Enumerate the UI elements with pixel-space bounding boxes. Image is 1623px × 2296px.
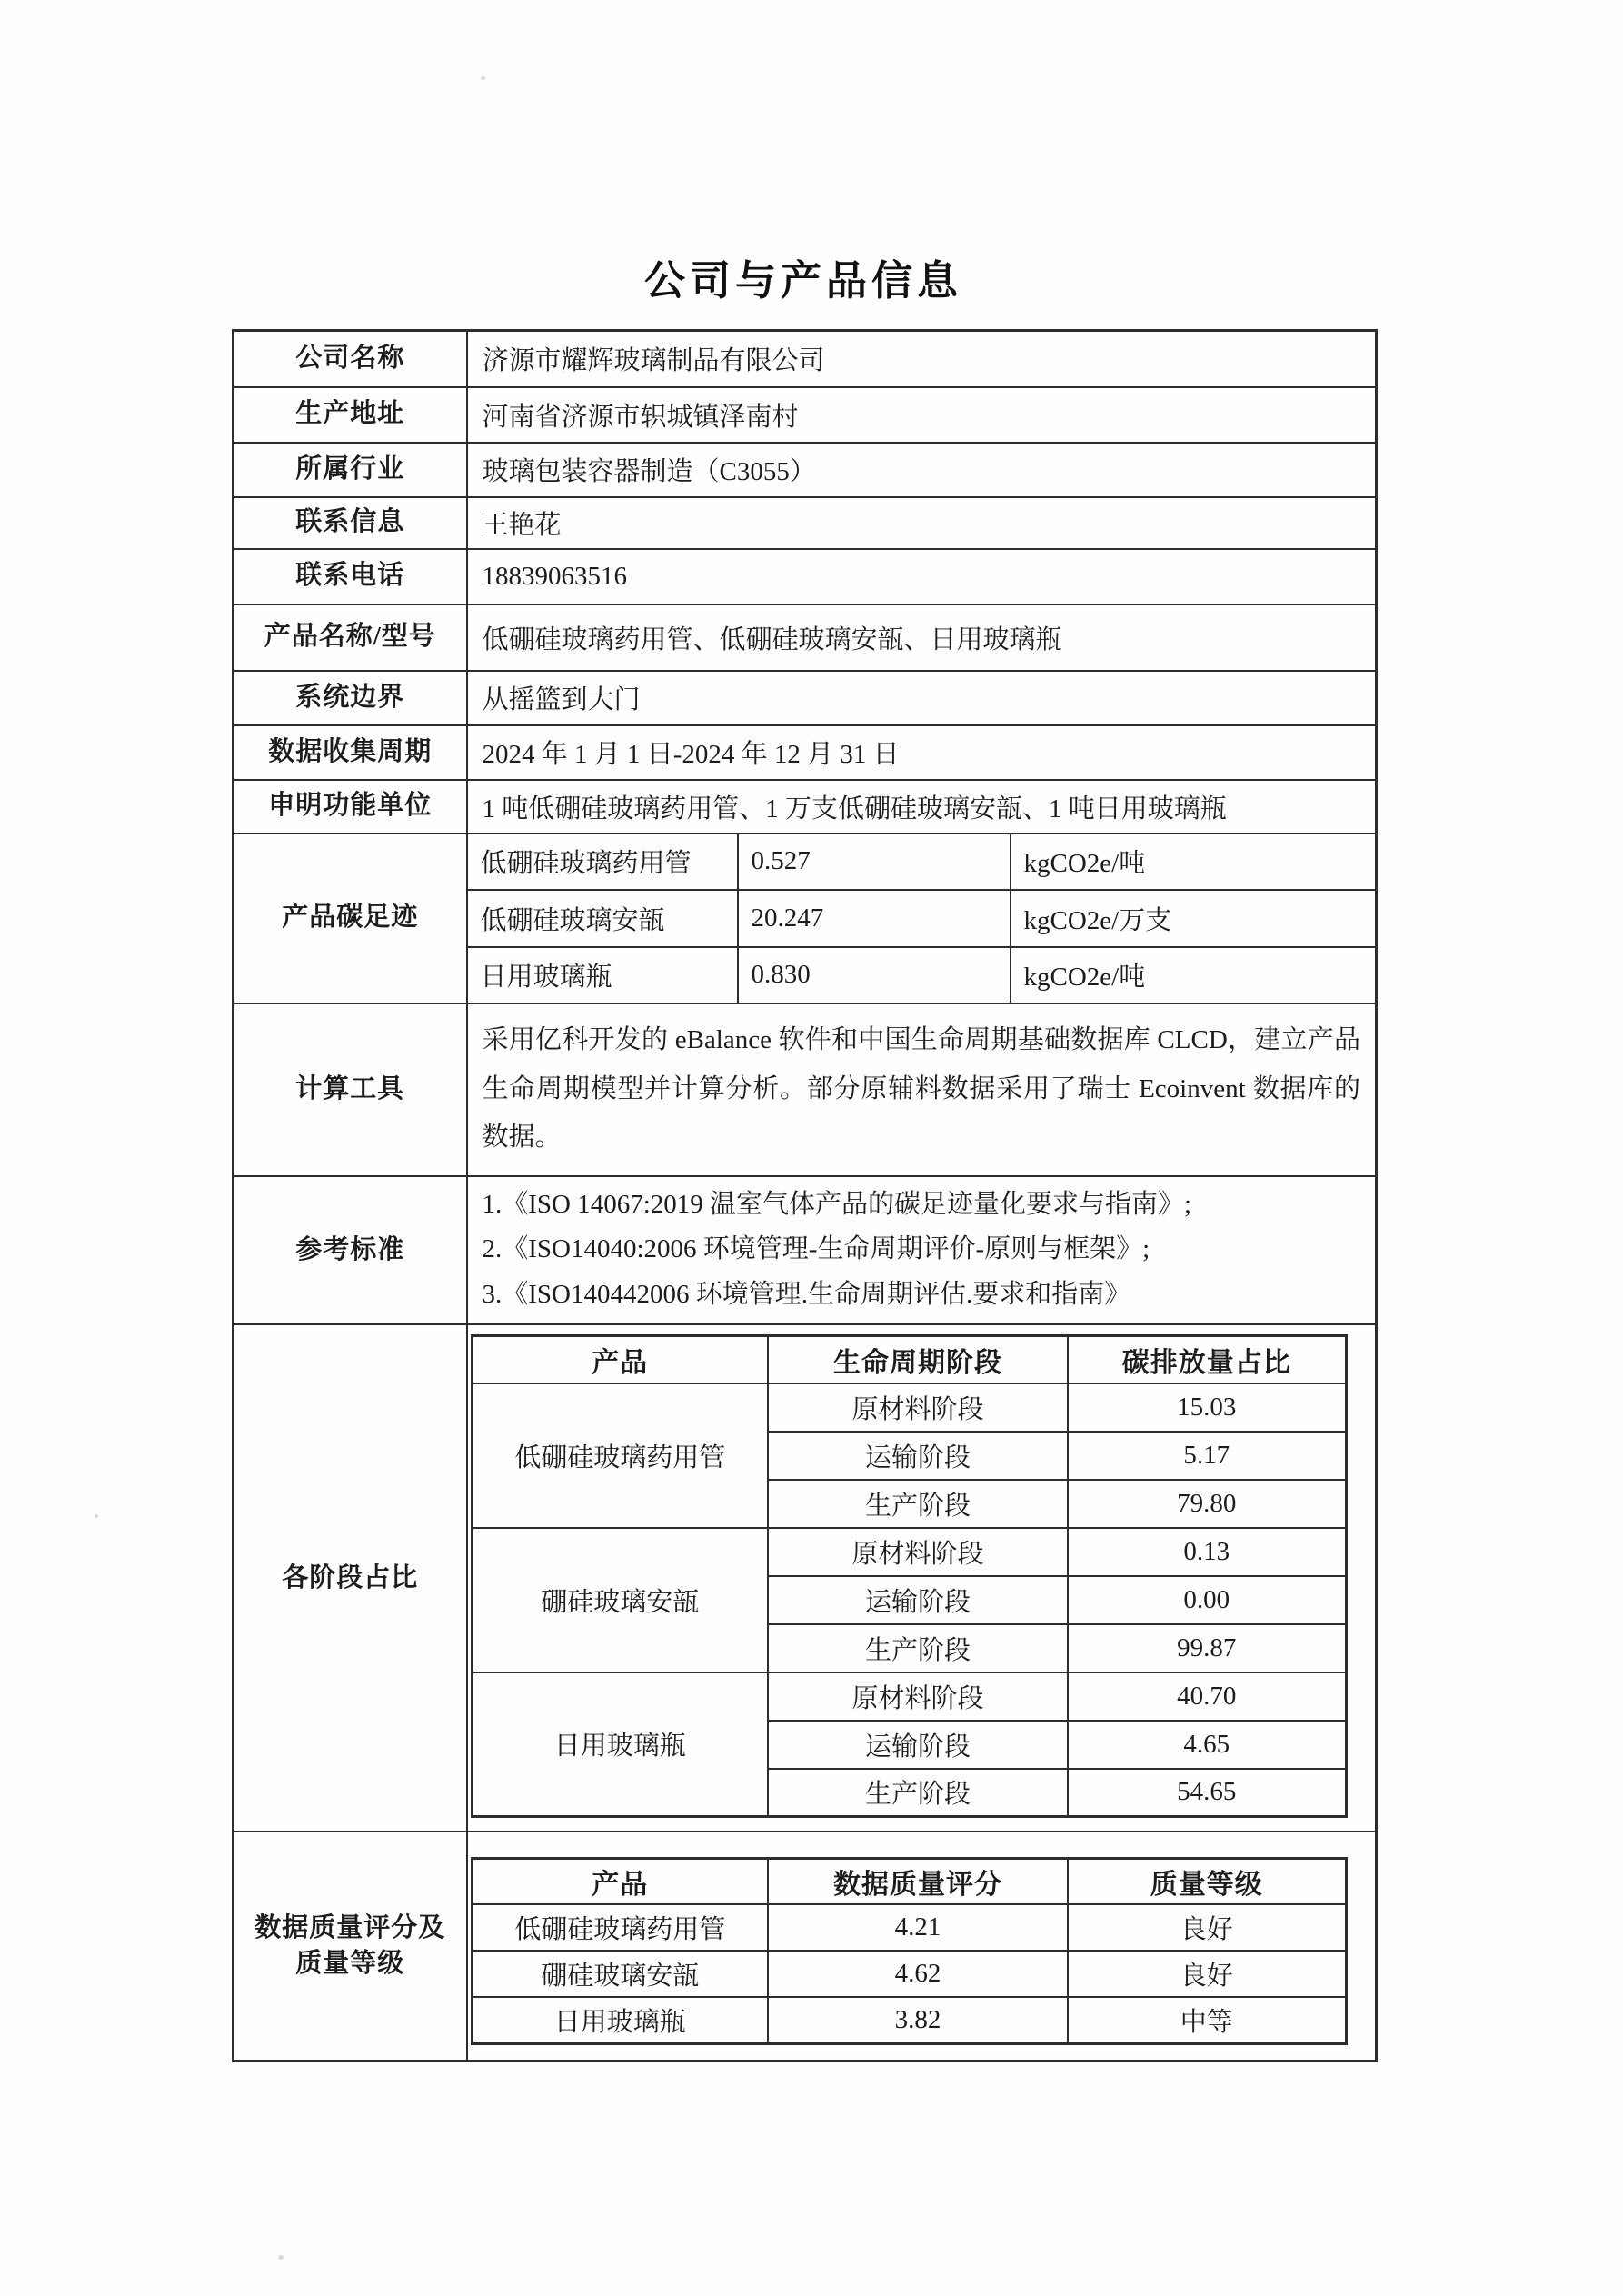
- row-label: 参考标准: [234, 1176, 467, 1325]
- quality-grade: 良好: [1068, 1951, 1346, 1997]
- quality-header-grade: 质量等级: [1068, 1859, 1346, 1905]
- row-value: 河南省济源市轵城镇泽南村: [467, 387, 1377, 443]
- calculation-tool-row: 计算工具 采用亿科开发的 eBalance 软件和中国生命周期基础数据库 CLC…: [234, 1003, 1377, 1176]
- stage-name: 原材料阶段: [768, 1672, 1068, 1721]
- stage-share: 79.80: [1068, 1480, 1346, 1528]
- row-label: 数据收集周期: [234, 725, 467, 780]
- stage-name: 生产阶段: [768, 1769, 1068, 1817]
- reference-standards-row: 参考标准 1.《ISO 14067:2019 温室气体产品的碳足迹量化要求与指南…: [234, 1176, 1377, 1325]
- reference-standards-list: 1.《ISO 14067:2019 温室气体产品的碳足迹量化要求与指南》; 2.…: [467, 1176, 1377, 1325]
- stage-product: 低硼硅玻璃药用管: [472, 1383, 768, 1528]
- stage-share: 99.87: [1068, 1624, 1346, 1672]
- quality-grade: 良好: [1068, 1904, 1346, 1951]
- row-label: 所属行业: [234, 443, 467, 497]
- carbon-unit: kgCO2e/吨: [1011, 947, 1377, 1003]
- stage-name: 生产阶段: [768, 1624, 1068, 1672]
- info-row-production-address: 生产地址 河南省济源市轵城镇泽南村: [234, 387, 1377, 443]
- data-quality-cell: 产品 数据质量评分 质量等级 低硼硅玻璃药用管 4.21 良好 硼硅玻璃安瓿: [467, 1832, 1377, 2061]
- stage-product: 日用玻璃瓶: [472, 1672, 768, 1817]
- standard-item: 3.《ISO140442006 环境管理.生命周期评估.要求和指南》: [483, 1273, 1363, 1318]
- calculation-tool-text: 采用亿科开发的 eBalance 软件和中国生命周期基础数据库 CLCD，建立产…: [467, 1003, 1377, 1176]
- standard-item: 2.《ISO14040:2006 环境管理-生命周期评价-原则与框架》;: [483, 1227, 1363, 1273]
- quality-row: 日用玻璃瓶 3.82 中等: [472, 1997, 1346, 2043]
- carbon-unit: kgCO2e/吨: [1011, 834, 1377, 890]
- data-quality-label: 数据质量评分及质量等级: [234, 1832, 467, 2061]
- stage-product: 硼硅玻璃安瓿: [472, 1528, 768, 1672]
- row-label: 产品名称/型号: [234, 604, 467, 671]
- quality-header-row: 产品 数据质量评分 质量等级: [472, 1859, 1346, 1905]
- scan-speck: [481, 76, 485, 80]
- row-label: 系统边界: [234, 671, 467, 725]
- document-page: 公司与产品信息 公司名称 济源市耀辉玻璃制品有限公司 生产地址 河南省济源市轵城…: [0, 0, 1623, 2296]
- info-row-product-names: 产品名称/型号 低硼硅玻璃药用管、低硼硅玻璃安瓿、日用玻璃瓶: [234, 604, 1377, 671]
- quality-score: 4.62: [768, 1951, 1068, 1997]
- stage-share: 40.70: [1068, 1672, 1346, 1721]
- quality-product: 硼硅玻璃安瓿: [472, 1951, 768, 1997]
- info-row-contact-phone: 联系电话 18839063516: [234, 549, 1377, 604]
- data-quality-table: 产品 数据质量评分 质量等级 低硼硅玻璃药用管 4.21 良好 硼硅玻璃安瓿: [471, 1857, 1348, 2045]
- scan-speck: [95, 1514, 98, 1518]
- row-value: 从摇篮到大门: [467, 671, 1377, 725]
- carbon-product: 低硼硅玻璃药用管: [467, 834, 738, 890]
- quality-score: 3.82: [768, 1997, 1068, 2043]
- stage-name: 运输阶段: [768, 1576, 1068, 1624]
- quality-score: 4.21: [768, 1904, 1068, 1951]
- stage-name: 原材料阶段: [768, 1383, 1068, 1432]
- stage-breakdown-label: 各阶段占比: [234, 1324, 467, 1832]
- info-row-data-period: 数据收集周期 2024 年 1 月 1 日-2024 年 12 月 31 日: [234, 725, 1377, 780]
- row-label: 计算工具: [234, 1003, 467, 1176]
- stage-header-share: 碳排放量占比: [1068, 1336, 1346, 1383]
- row-label: 生产地址: [234, 387, 467, 443]
- carbon-product: 日用玻璃瓶: [467, 947, 738, 1003]
- info-row-functional-unit: 申明功能单位 1 吨低硼硅玻璃药用管、1 万支低硼硅玻璃安瓿、1 吨日用玻璃瓶: [234, 780, 1377, 834]
- carbon-footprint-label: 产品碳足迹: [234, 834, 467, 1003]
- stage-header-row: 产品 生命周期阶段 碳排放量占比: [472, 1336, 1346, 1383]
- stage-row: 低硼硅玻璃药用管 原材料阶段 15.03: [472, 1383, 1346, 1432]
- company-product-info-table: 公司名称 济源市耀辉玻璃制品有限公司 生产地址 河南省济源市轵城镇泽南村 所属行…: [232, 329, 1378, 2062]
- quality-product: 低硼硅玻璃药用管: [472, 1904, 768, 1951]
- stage-share: 0.13: [1068, 1528, 1346, 1576]
- stage-name: 运输阶段: [768, 1432, 1068, 1480]
- stage-name: 运输阶段: [768, 1721, 1068, 1769]
- stage-breakdown-cell: 产品 生命周期阶段 碳排放量占比 低硼硅玻璃药用管 原材料阶段 15.03 运输…: [467, 1324, 1377, 1832]
- carbon-value: 0.830: [738, 947, 1011, 1003]
- stage-row: 硼硅玻璃安瓿 原材料阶段 0.13: [472, 1528, 1346, 1576]
- row-value: 济源市耀辉玻璃制品有限公司: [467, 331, 1377, 387]
- stage-share: 0.00: [1068, 1576, 1346, 1624]
- info-row-industry: 所属行业 玻璃包装容器制造（C3055）: [234, 443, 1377, 497]
- stage-name: 生产阶段: [768, 1480, 1068, 1528]
- scan-speck: [278, 2255, 284, 2260]
- row-value: 2024 年 1 月 1 日-2024 年 12 月 31 日: [467, 725, 1377, 780]
- stage-header-product: 产品: [472, 1336, 768, 1383]
- carbon-value: 20.247: [738, 890, 1011, 947]
- stage-share: 15.03: [1068, 1383, 1346, 1432]
- row-label: 联系信息: [234, 497, 467, 549]
- row-label: 联系电话: [234, 549, 467, 604]
- page-title: 公司与产品信息: [232, 247, 1375, 306]
- info-row-contact-person: 联系信息 王艳花: [234, 497, 1377, 549]
- carbon-value: 0.527: [738, 834, 1011, 890]
- stage-share: 4.65: [1068, 1721, 1346, 1769]
- stage-breakdown-table: 产品 生命周期阶段 碳排放量占比 低硼硅玻璃药用管 原材料阶段 15.03 运输…: [471, 1334, 1348, 1818]
- stage-share: 54.65: [1068, 1769, 1346, 1817]
- carbon-product: 低硼硅玻璃安瓿: [467, 890, 738, 947]
- stage-name: 原材料阶段: [768, 1528, 1068, 1576]
- quality-grade: 中等: [1068, 1997, 1346, 2043]
- info-row-company-name: 公司名称 济源市耀辉玻璃制品有限公司: [234, 331, 1377, 387]
- stage-row: 日用玻璃瓶 原材料阶段 40.70: [472, 1672, 1346, 1721]
- standard-item: 1.《ISO 14067:2019 温室气体产品的碳足迹量化要求与指南》;: [483, 1183, 1363, 1228]
- quality-header-product: 产品: [472, 1859, 768, 1905]
- stage-share: 5.17: [1068, 1432, 1346, 1480]
- row-label: 申明功能单位: [234, 780, 467, 834]
- data-quality-row: 数据质量评分及质量等级 产品 数据质量评分 质量等级 低硼硅玻璃药用管: [234, 1832, 1377, 2061]
- row-value: 1 吨低硼硅玻璃药用管、1 万支低硼硅玻璃安瓿、1 吨日用玻璃瓶: [467, 780, 1377, 834]
- row-label: 公司名称: [234, 331, 467, 387]
- carbon-footprint-row: 产品碳足迹 低硼硅玻璃药用管 0.527 kgCO2e/吨: [234, 834, 1377, 890]
- row-value: 18839063516: [467, 549, 1377, 604]
- row-value: 玻璃包装容器制造（C3055）: [467, 443, 1377, 497]
- info-row-system-boundary: 系统边界 从摇篮到大门: [234, 671, 1377, 725]
- stage-header-stage: 生命周期阶段: [768, 1336, 1068, 1383]
- quality-row: 硼硅玻璃安瓿 4.62 良好: [472, 1951, 1346, 1997]
- quality-header-score: 数据质量评分: [768, 1859, 1068, 1905]
- quality-product: 日用玻璃瓶: [472, 1997, 768, 2043]
- stage-breakdown-row: 各阶段占比 产品 生命周期阶段 碳排放量占比 低硼硅玻璃药用管: [234, 1324, 1377, 1832]
- row-value: 王艳花: [467, 497, 1377, 549]
- row-value: 低硼硅玻璃药用管、低硼硅玻璃安瓿、日用玻璃瓶: [467, 604, 1377, 671]
- carbon-unit: kgCO2e/万支: [1011, 890, 1377, 947]
- quality-row: 低硼硅玻璃药用管 4.21 良好: [472, 1904, 1346, 1951]
